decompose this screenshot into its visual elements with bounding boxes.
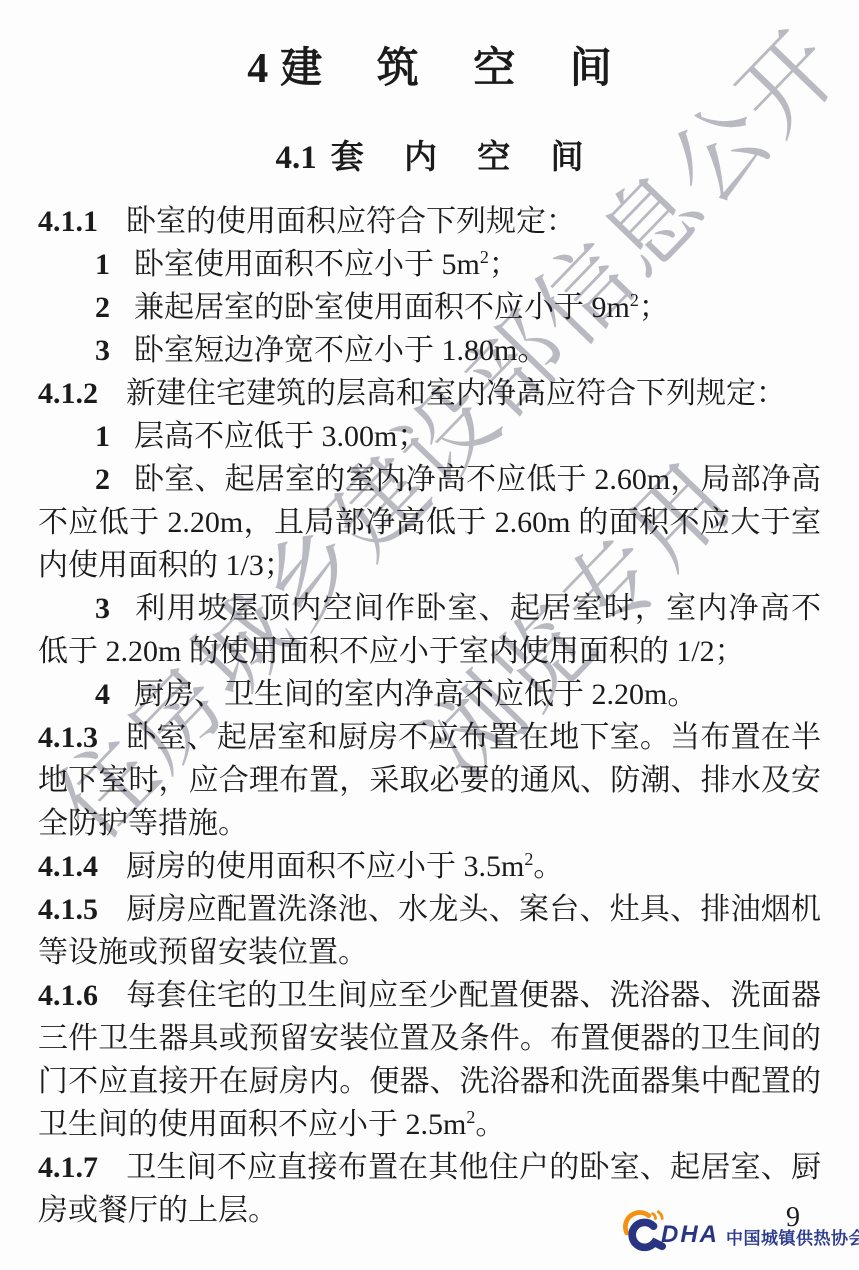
section-number: 4.1 <box>276 140 317 176</box>
sub-item-number: 1 <box>95 420 110 453</box>
clause-number: 4.1.2 <box>38 377 98 410</box>
clause-text: 厨房、卫生间的室内净高不应低于 2.20m。 <box>134 678 697 711</box>
section-heading-text: 套 内 空 间 <box>331 140 600 176</box>
sub-item-paragraph: 3利用坡屋顶内空间作卧室、起居室时，室内净高不低于 2.20m 的使用面积不应小… <box>38 587 821 673</box>
clause-number: 4.1.7 <box>38 1151 98 1184</box>
sub-item-paragraph: 1卧室使用面积不应小于 5m2； <box>38 243 821 286</box>
sub-item-number: 1 <box>95 248 110 281</box>
clause-number: 4.1.5 <box>38 893 98 926</box>
cdha-logo-icon <box>620 1207 666 1253</box>
clause-number: 4.1.6 <box>38 979 98 1012</box>
logo-abbr-text: DHA <box>661 1221 719 1249</box>
clause-text: ； <box>489 248 519 281</box>
sub-item-number: 3 <box>95 592 110 625</box>
clause-text: 兼起居室的卧室使用面积不应小于 9m <box>134 291 630 324</box>
clause-text: 卧室、起居室和厨房不应布置在地下室。当布置在半地下室时，应合理布置，采取必要的通… <box>38 721 821 840</box>
sub-item-number: 3 <box>95 334 110 367</box>
sub-item-number: 2 <box>95 463 110 496</box>
chapter-title-text: 建 筑 空 间 <box>280 46 634 92</box>
clause-text: 新建住宅建筑的层高和室内净高应符合下列规定： <box>126 377 786 410</box>
clause-text: 卧室使用面积不应小于 5m <box>134 248 480 281</box>
superscript: 2 <box>630 290 639 310</box>
clause-paragraph: 4.1.6每套住宅的卫生间应至少配置便器、洗浴器、洗面器三件卫生器具或预留安装位… <box>38 974 821 1146</box>
sub-item-paragraph: 2兼起居室的卧室使用面积不应小于 9m2； <box>38 286 821 329</box>
chapter-title: 4建 筑 空 间 <box>38 44 821 94</box>
clause-text: 厨房的使用面积不应小于 3.5m <box>126 850 524 883</box>
clause-paragraph: 4.1.4厨房的使用面积不应小于 3.5m2。 <box>38 845 821 888</box>
document-page: 住房城乡建设部信息公开 浏览专用 4建 筑 空 间 4.1套 内 空 间 4.1… <box>0 0 859 1270</box>
superscript: 2 <box>480 247 489 267</box>
sub-item-paragraph: 2卧室、起居室的室内净高不应低于 2.60m，局部净高不应低于 2.20m，且局… <box>38 458 821 587</box>
sub-item-paragraph: 1层高不应低于 3.00m； <box>38 415 821 458</box>
chapter-number: 4 <box>247 46 268 92</box>
clause-number: 4.1.4 <box>38 850 98 883</box>
clause-text: 厨房应配置洗涤池、水龙头、案台、灶具、排油烟机等设施或预留安装位置。 <box>38 893 821 969</box>
sub-item-paragraph: 3卧室短边净宽不应小于 1.80m。 <box>38 329 821 372</box>
clause-paragraph: 4.1.2新建住宅建筑的层高和室内净高应符合下列规定： <box>38 372 821 415</box>
section-heading: 4.1套 内 空 间 <box>38 138 821 178</box>
clause-text: 层高不应低于 3.00m； <box>134 420 427 453</box>
clause-number: 4.1.1 <box>38 205 98 238</box>
clause-text: 。 <box>475 1108 505 1141</box>
superscript: 2 <box>524 849 533 869</box>
association-logo: DHA 中国城镇供热协会 <box>620 1204 859 1256</box>
clause-paragraph: 4.1.5厨房应配置洗涤池、水龙头、案台、灶具、排油烟机等设施或预留安装位置。 <box>38 888 821 974</box>
document-body: 4.1.1卧室的使用面积应符合下列规定：1卧室使用面积不应小于 5m2；2兼起居… <box>38 200 821 1232</box>
superscript: 2 <box>466 1107 475 1127</box>
clause-text: ； <box>639 291 669 324</box>
clause-paragraph: 4.1.1卧室的使用面积应符合下列规定： <box>38 200 821 243</box>
clause-text: 。 <box>533 850 563 883</box>
document-content: 4建 筑 空 间 4.1套 内 空 间 4.1.1卧室的使用面积应符合下列规定：… <box>0 0 859 1232</box>
sub-item-paragraph: 4厨房、卫生间的室内净高不应低于 2.20m。 <box>38 673 821 716</box>
clause-text: 利用坡屋顶内空间作卧室、起居室时，室内净高不低于 2.20m 的使用面积不应小于… <box>38 592 821 668</box>
page-number: 9 <box>786 1202 800 1234</box>
sub-item-number: 2 <box>95 291 110 324</box>
clause-text: 卧室短边净宽不应小于 1.80m。 <box>134 334 547 367</box>
clause-text: 卧室的使用面积应符合下列规定： <box>126 205 576 238</box>
sub-item-number: 4 <box>95 678 110 711</box>
clause-text: 卧室、起居室的室内净高不应低于 2.60m，局部净高不应低于 2.20m，且局部… <box>38 463 821 582</box>
clause-text: 每套住宅的卫生间应至少配置便器、洗浴器、洗面器三件卫生器具或预留安装位置及条件。… <box>38 979 821 1141</box>
clause-number: 4.1.3 <box>38 721 98 754</box>
clause-paragraph: 4.1.3卧室、起居室和厨房不应布置在地下室。当布置在半地下室时，应合理布置，采… <box>38 716 821 845</box>
